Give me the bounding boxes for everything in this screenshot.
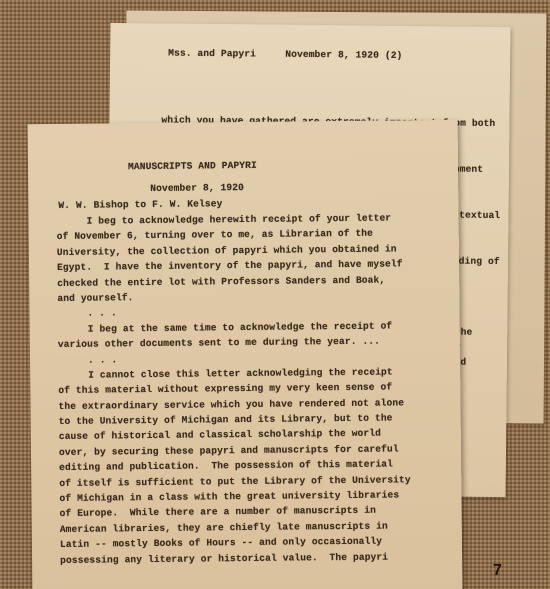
letter-line: possessing any literary or historical va… xyxy=(60,549,412,568)
exhibit-number-label: 7 xyxy=(493,562,502,580)
page-2-header: Mss. and Papyri November 8, 1920 (2) xyxy=(168,46,402,64)
document-title: MANUSCRIPTS AND PAPYRI xyxy=(128,158,257,175)
letter-sender-recipient: W. W. Bishop to F. W. Kelsey xyxy=(58,196,222,213)
letter-date: November 8, 1920 xyxy=(150,180,244,196)
letter-page-1: MANUSCRIPTS AND PAPYRI November 8, 1920 … xyxy=(28,120,463,589)
letter-body: I beg to acknowledge herewith receipt of… xyxy=(56,210,411,568)
